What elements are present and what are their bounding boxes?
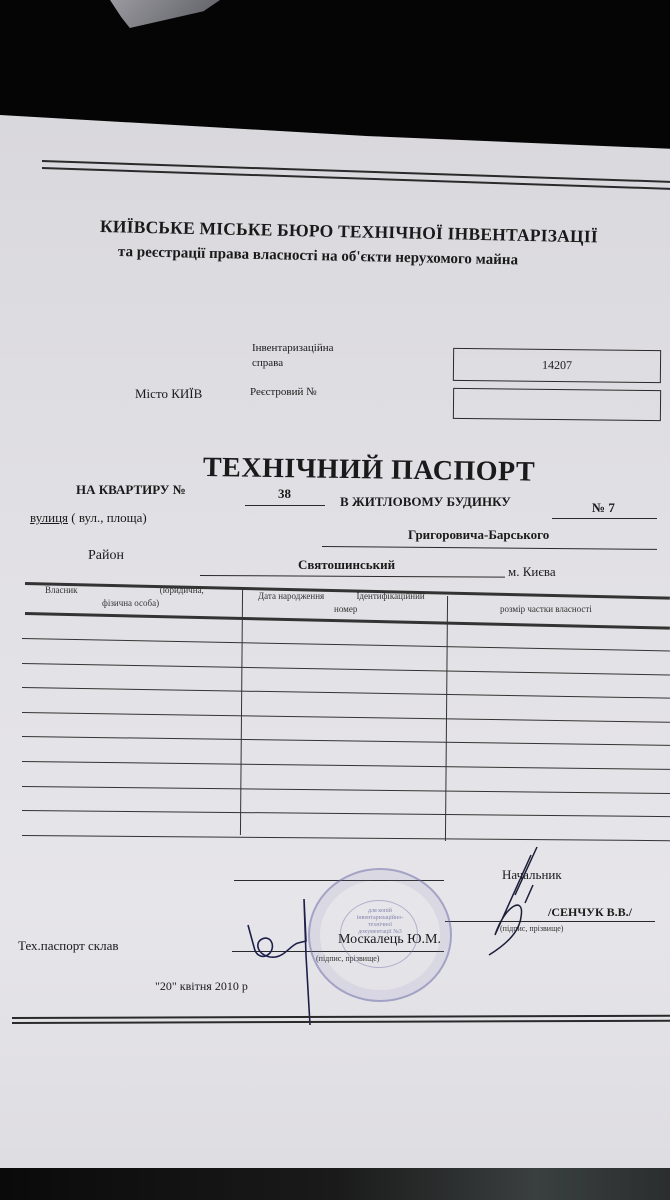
street-value[interactable]: Григоровича-Барського — [408, 527, 549, 543]
compiled-label: Тех.паспорт склав — [18, 938, 119, 954]
inventory-case-label-1: Інвентаризаційна — [252, 341, 334, 356]
col-dob-header-1: Дата народження — [258, 591, 324, 601]
passport-title: ТЕХНІЧНИЙ ПАСПОРТ — [203, 452, 536, 489]
city-suffix: м. Києва — [508, 564, 556, 580]
district-label: Район — [88, 548, 124, 564]
building-value[interactable]: № 7 — [592, 500, 615, 516]
inventory-case-label: Інвентаризаційна справа — [252, 341, 334, 371]
col-owner-header-1: Власник — [45, 585, 78, 595]
col-owner-header-2: фізична особа) — [102, 598, 159, 608]
street-label-text: вулиця — [30, 510, 68, 525]
building-label: В ЖИТЛОВОМУ БУДИНКУ — [340, 494, 511, 510]
compiler-signature-icon — [240, 895, 350, 1025]
inventory-case-field[interactable]: 14207 — [453, 348, 661, 383]
head-signature-icon — [475, 845, 555, 965]
col-owner-header: Власник (юридична, — [45, 585, 204, 595]
col-share-header: розмір частки власності — [500, 604, 592, 614]
registry-no-field[interactable] — [453, 388, 661, 421]
inventory-case-label-2: справа — [252, 356, 334, 371]
head-name: /СЕНЧУК В.В./ — [548, 905, 632, 920]
col-dob-header-2: номер — [334, 604, 357, 614]
street-label: вулиця ( вул., площа) — [30, 510, 147, 526]
registry-no-label: Реєстровий № — [250, 386, 317, 398]
col-owner-header-1b: (юридична, — [160, 585, 204, 595]
col-dob-header: Дата народження Ідентифікаційний — [258, 591, 425, 601]
district-value[interactable]: Святошинський — [298, 557, 395, 573]
building-underline — [552, 518, 657, 519]
street-hint: ( вул., площа) — [71, 510, 147, 525]
desk-surface — [0, 1168, 670, 1200]
date: "20" квітня 2010 р — [155, 979, 248, 994]
background-object — [110, 0, 220, 28]
apartment-underline — [245, 505, 325, 506]
apartment-label: НА КВАРТИРУ № — [76, 482, 186, 498]
city-label: Місто КИЇВ — [135, 386, 202, 402]
col-dob-header-1b: Ідентифікаційний — [356, 591, 424, 601]
apartment-value[interactable]: 38 — [278, 486, 291, 502]
stamp-text: для копій інвентаризаційно-технічної док… — [355, 908, 405, 936]
